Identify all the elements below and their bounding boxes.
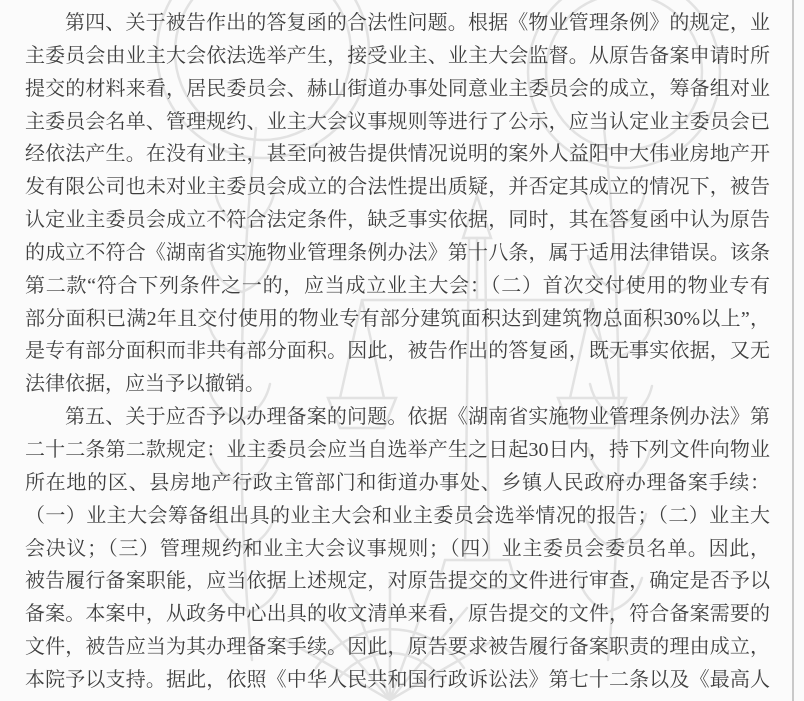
document-page: 第四、关于被告作出的答复函的合法性问题。根据《物业管理条例》的规定，业主委员会由… [0,0,804,701]
paragraph-2: 第五、关于应否予以办理备案的问题。依据《湖南省实施物业管理条例办法》第二十二条第… [25,401,770,697]
text-line: 认定业主委员会成立不符合法定条件，缺乏事实依据，同时，其在答复函中认为原告 [25,204,770,237]
text-line: 的成立不符合《湖南省实施物业管理条例办法》第十八条，属于适用法律错误。该条 [25,237,770,270]
text-line: 所在地的区、县房地产行政主管部门和街道办事处、乡镇人民政府办理备案手续： [25,467,770,500]
text-line: 主委员会名单、管理规约、业主大会议事规则等进行了公示，应当认定业主委员会已 [25,106,770,139]
text-line: 被告履行备案职能，应当依据上述规定，对原告提交的文件进行审查，确定是否予以 [25,565,770,598]
judgment-body-text: 第四、关于被告作出的答复函的合法性问题。根据《物业管理条例》的规定，业主委员会由… [0,0,804,697]
text-line: 经依法产生。在没有业主，甚至向被告提供情况说明的案外人益阳中大伟业房地产开 [25,138,770,171]
text-line: 主委员会由业主大会依法选举产生，接受业主、业主大会监督。从原告备案申请时所 [25,40,770,73]
text-line: 第二款“符合下列条件之一的，应当成立业主大会：（二）首次交付使用的物业专有 [25,270,770,303]
text-line: 备案。本案中，从政务中心出具的收文清单来看，原告提交的文件，符合备案需要的 [25,598,770,631]
text-line: 会决议；（三）管理规约和业主大会议事规则；（四）业主委员会委员名单。因此， [25,533,770,566]
text-line: 第五、关于应否予以办理备案的问题。依据《湖南省实施物业管理条例办法》第 [25,401,770,434]
text-line: 法律依据，应当予以撤销。 [25,368,770,401]
paragraph-1: 第四、关于被告作出的答复函的合法性问题。根据《物业管理条例》的规定，业主委员会由… [25,7,770,401]
page-right-edge-line [792,0,794,701]
text-line: 第四、关于被告作出的答复函的合法性问题。根据《物业管理条例》的规定，业 [25,7,770,40]
text-line: 部分面积已满2年且交付使用的物业专有部分建筑面积达到建筑物总面积30%以上”， [25,303,770,336]
text-line: （一）业主大会筹备组出具的业主大会和业主委员会选举情况的报告；（二）业主大 [25,500,770,533]
text-line: 是专有部分面积而非共有部分面积。因此，被告作出的答复函，既无事实依据，又无 [25,335,770,368]
text-line: 文件，被告应当为其办理备案手续。因此，原告要求被告履行备案职责的理由成立， [25,631,770,664]
text-line: 二十二条第二款规定：业主委员会应当自选举产生之日起30日内，持下列文件向物业 [25,434,770,467]
text-line: 发有限公司也未对业主委员会成立的合法性提出质疑，并否定其成立的情况下，被告 [25,171,770,204]
text-line: 本院予以支持。据此，依照《中华人民共和国行政诉讼法》第七十二条以及《最高人 [25,664,770,697]
text-line: 提交的材料来看，居民委员会、赫山街道办事处同意业主委员会的成立，筹备组对业 [25,73,770,106]
